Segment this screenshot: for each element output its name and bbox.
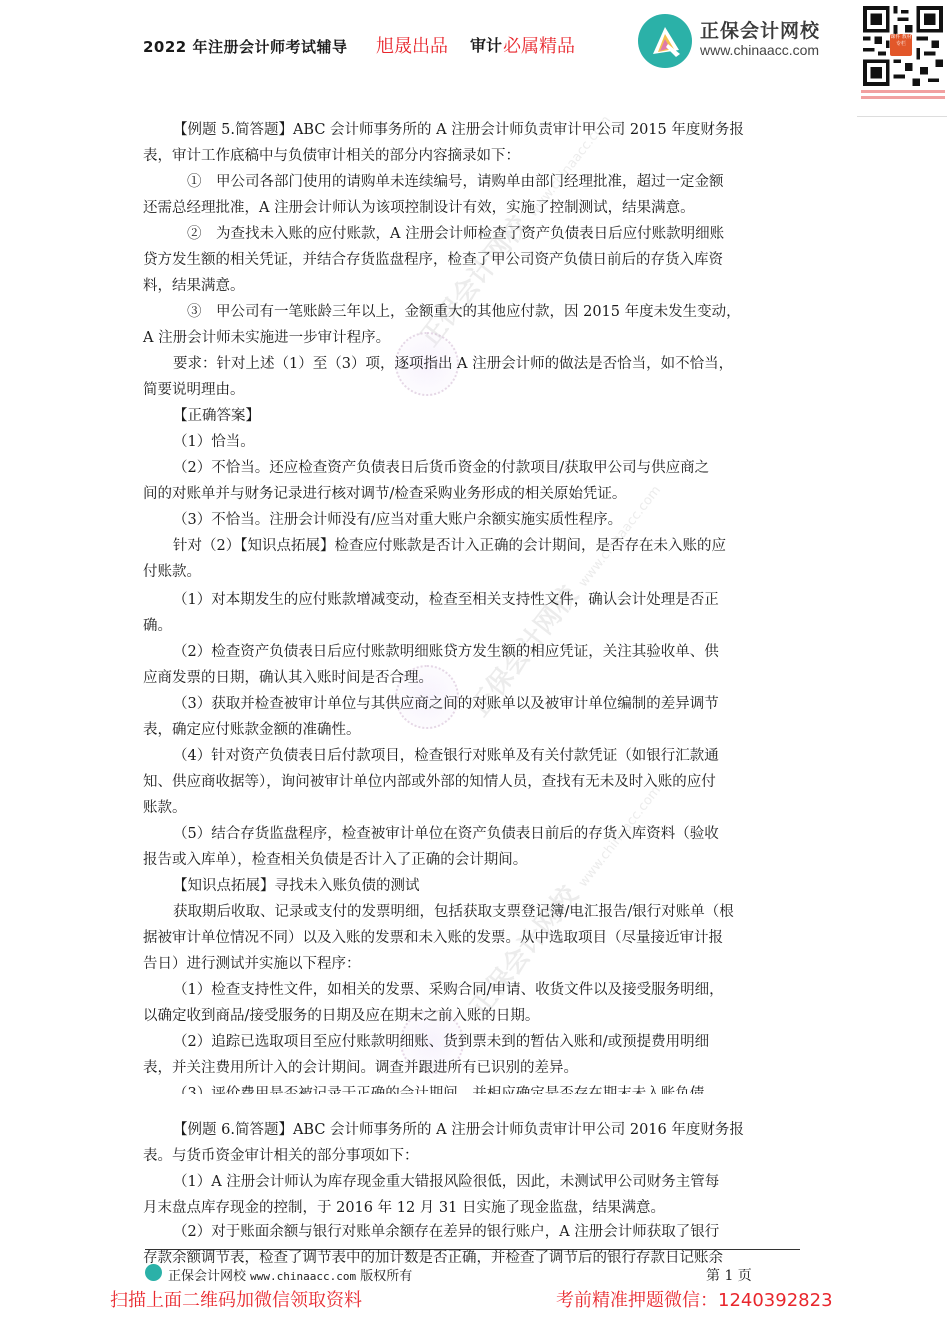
paragraph-line: 知、供应商收据等），询问被审计单位内部或外部的知情人员，查找有无未及时入账的应付 (143, 772, 809, 792)
qr-badge: 课件 教材 专栏 (890, 34, 912, 56)
footer-logo-icon (145, 1264, 162, 1281)
header-subject: 审计 (470, 33, 502, 56)
footer-copyright: 正保会计网校 www.chinaacc.com 版权所有 (168, 1265, 412, 1284)
list-item: （2）对于账面余额与银行对账单余额存在差异的银行账户，A 注册会计师获取了银行 (143, 1222, 809, 1242)
requirement: 要求：针对上述（1）至（3）项，逐项指出 A 注册会计师的做法是否恰当，如不恰当… (143, 354, 809, 374)
list-item: （1）A 注册会计师认为库存现金重大错报风险很低，因此，未测试甲公司财务主管每 (143, 1172, 809, 1192)
paragraph-line: 简要说明理由。 (143, 380, 809, 400)
paragraph-line: 付账款。 (143, 562, 809, 582)
header-promo-1: 旭晟出品 (376, 32, 448, 58)
list-item: （3）获取并检查被审计单位与其供应商之间的对账单以及被审计单位编制的差异调节 (143, 694, 809, 714)
page-number: 第 1 页 (706, 1265, 752, 1285)
footer-promo-left: 扫描上面二维码加微信领取资料 (110, 1286, 362, 1312)
qr-caption-line (861, 96, 945, 99)
answer-item: （2）不恰当。还应检查资产负债表日后货币资金的付款项目/获取甲公司与供应商之 (143, 458, 809, 478)
paragraph-line: 间的对账单并与财务记录进行核对调节/检查采购业务形成的相关原始凭证。 (143, 484, 809, 504)
paragraph-line: 以确定收到商品/接受服务的日期及应在期末之前入账的日期。 (143, 1006, 809, 1026)
brand-url: www.chinaacc.com (700, 42, 819, 58)
brand-logo-icon (638, 14, 692, 68)
knowledge-extension: 【知识点拓展】寻找未入账负债的测试 (143, 876, 809, 896)
paragraph-line: A 注册会计师未实施进一步审计程序。 (143, 328, 809, 348)
paragraph-line: 据被审计单位情况不同）以及入账的发票和未入账的发票。从中选取项目（尽量接近审计报 (143, 928, 809, 948)
footer-promo-right: 考前精准押题微信：1240392823 (556, 1286, 833, 1312)
paragraph-line: 表。与货币资金审计相关的部分事项如下： (143, 1146, 809, 1166)
paragraph-line: 表，审计工作底稿中与负债审计相关的部分内容摘录如下： (143, 146, 809, 166)
header-promo-2: 必属精品 (503, 32, 575, 58)
paragraph-line: 贷方发生额的相关凭证，并结合存货监盘程序，检查了甲公司资产负债日前后的存货入库资 (143, 250, 809, 270)
knowledge-extension: 针对（2）【知识点拓展】检查应付账款是否计入正确的会计期间，是否存在未入账的应 (143, 536, 809, 556)
answer-heading: 【正确答案】 (143, 406, 809, 426)
list-item: （2）检查资产负债表日后应付账款明细账贷方发生额的相应凭证，关注其验收单、供 (143, 642, 809, 662)
list-item: （1）检查支持性文件，如相关的发票、采购合同/申请、收货文件以及接受服务明细， (143, 980, 809, 1000)
list-item: （5）结合存货监盘程序，检查被审计单位在资产负债表日前后的存货入库资料（验收 (143, 824, 809, 844)
qr-code[interactable]: 课件 教材 专栏 (857, 4, 947, 117)
paragraph-line: 确。 (143, 616, 809, 636)
paragraph-line: 应商发票的日期，确认其入账时间是否合理。 (143, 668, 809, 688)
question-title: 【例题 6.简答题】ABC 会计师事务所的 A 注册会计师负责审计甲公司 201… (143, 1120, 809, 1140)
paragraph-line: 表，并关注费用所计入的会计期间。调查并跟进所有已识别的差异。 (143, 1058, 809, 1078)
paragraph-line: 报告或入库单），检查相关负债是否计入了正确的会计期间。 (143, 850, 809, 870)
list-item: （1）对本期发生的应付账款增减变动，检查至相关支持性文件，确认会计处理是否正 (143, 590, 809, 610)
paragraph-line: 料，结果满意。 (143, 276, 809, 296)
paragraph-line: 账款。 (143, 798, 809, 818)
paragraph-line: 还需总经理批准，A 注册会计师认为该项控制设计有效，实施了控制测试，结果满意。 (143, 198, 809, 218)
footer-divider (145, 1249, 800, 1250)
truncated-line: （3）评价费用是否被记录于正确的会计期间，并相应确定是否存在期末未入账负债 (143, 1084, 809, 1094)
answer-item: （3）不恰当。注册会计师没有/应当对重大账户余额实施实质性程序。 (143, 510, 809, 530)
answer-item: （1）恰当。 (143, 432, 809, 452)
paragraph-line: 月末盘点库存现金的控制，于 2016 年 12 月 31 日实施了现金监盘，结果… (143, 1198, 809, 1218)
qr-caption-line (861, 90, 945, 93)
header-title: 2022 年注册会计师考试辅导 (143, 36, 347, 57)
list-item: （4）针对资产负债表日后付款项目，检查银行对账单及有关付款凭证（如银行汇款通 (143, 746, 809, 766)
question-title: 【例题 5.简答题】ABC 会计师事务所的 A 注册会计师负责审计甲公司 201… (143, 120, 809, 140)
list-item: （2）追踪已选取项目至应付账款明细账、货到票未到的暂估入账和/或预提费用明细 (143, 1032, 809, 1052)
paragraph-line: ① 甲公司各部门使用的请购单未连续编号，请购单由部门经理批准，超过一定金额 (143, 172, 809, 192)
paragraph-line: ③ 甲公司有一笔账龄三年以上，金额重大的其他应付款，因 2015 年度未发生变动… (143, 302, 809, 322)
paragraph-line: 表，确定应付账款金额的准确性。 (143, 720, 809, 740)
footer-url[interactable]: www.chinaacc.com (250, 1270, 356, 1283)
paragraph-line: ② 为查找未入账的应付账款，A 注册会计师检查了资产负债表日后应付账款明细账 (143, 224, 809, 244)
brand-name: 正保会计网校 (700, 16, 820, 43)
paragraph-line: 获取期后收取、记录或支付的发票明细，包括获取支票登记簿/电汇报告/银行对账单（根 (143, 902, 809, 922)
paragraph-line: 告日）进行测试并实施以下程序： (143, 954, 809, 974)
